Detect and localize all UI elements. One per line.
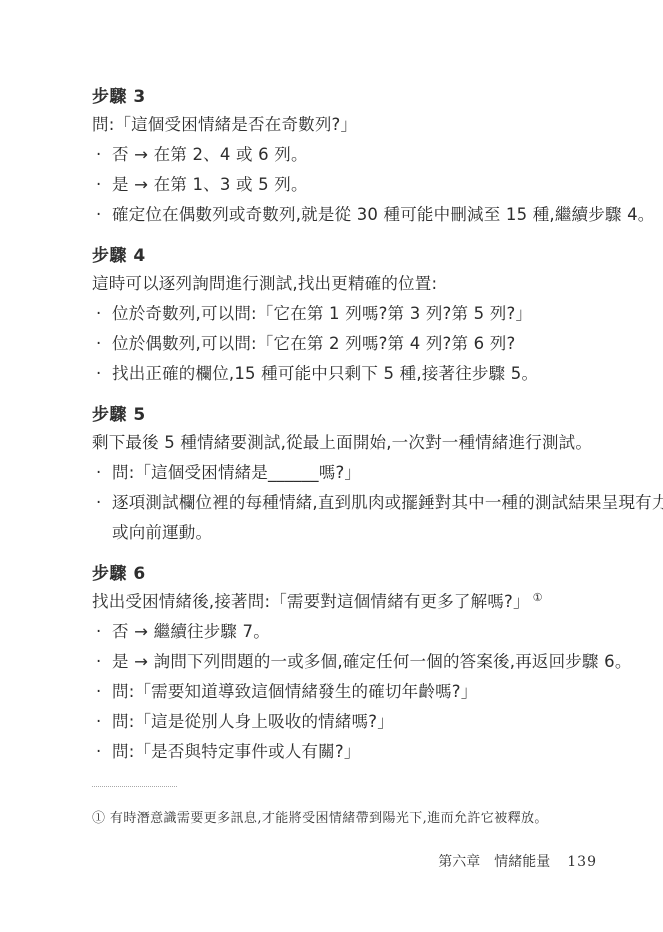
step-heading: 步驟 4 [92, 243, 617, 269]
bullet-text: 否 → 在第 2、4 或 6 列。 [112, 145, 308, 164]
bullet-item: ·位於奇數列,可以問:「它在第 1 列嗎?第 3 列?第 5 列?」 [92, 299, 617, 329]
bullet-dot: · [96, 458, 101, 488]
bullet-dot: · [96, 329, 101, 359]
footnote-reference-mark: ① [533, 591, 543, 604]
bullet-dot: · [96, 170, 101, 200]
bullet-item: ·否 → 在第 2、4 或 6 列。 [92, 140, 617, 170]
bullet-item: ·位於偶數列,可以問:「它在第 2 列嗎?第 4 列?第 6 列? [92, 329, 617, 359]
bullet-dot: · [96, 299, 101, 329]
bullet-dot: · [96, 359, 101, 389]
bullet-text: 逐項測試欄位裡的每種情緒,直到肌肉或擺錘對其中一種的測試結果呈現有力 [112, 493, 663, 512]
step-heading: 步驟 3 [92, 84, 617, 110]
section-step-4: 步驟 4 這時可以逐列詢問進行測試,找出更精確的位置: ·位於奇數列,可以問:「… [92, 243, 617, 389]
bullet-item: ·問:「需要知道導致這個情緒發生的確切年齡嗎?」 [92, 677, 617, 707]
step-intro: 這時可以逐列詢問進行測試,找出更精確的位置: [92, 269, 617, 299]
step-intro: 問:「這個受困情緒是否在奇數列?」 [92, 110, 617, 140]
section-step-3: 步驟 3 問:「這個受困情緒是否在奇數列?」 ·否 → 在第 2、4 或 6 列… [92, 84, 617, 230]
bullet-dot: · [96, 737, 101, 767]
bullet-text: 是 → 在第 1、3 或 5 列。 [112, 175, 308, 194]
bullet-item: ·問:「是否與特定事件或人有關?」 [92, 737, 617, 767]
step-heading: 步驟 5 [92, 402, 617, 428]
bullet-text: 確定位在偶數列或奇數列,就是從 30 種可能中刪減至 15 種,繼續步驟 4。 [112, 205, 655, 224]
bullet-dot: · [96, 200, 101, 230]
bullet-item: ·否 → 繼續往步驟 7。 [92, 617, 617, 647]
bullet-text: 位於偶數列,可以問:「它在第 2 列嗎?第 4 列?第 6 列? [112, 334, 515, 353]
bullet-item: ·問:「這個受困情緒是______嗎?」 [92, 458, 617, 488]
step-intro: 找出受困情緒後,接著問:「需要對這個情緒有更多了解嗎?」① [92, 587, 617, 617]
bullet-text: 否 → 繼續往步驟 7。 [112, 622, 270, 641]
bullet-dot: · [96, 488, 101, 518]
bullet-item: ·確定位在偶數列或奇數列,就是從 30 種可能中刪減至 15 種,繼續步驟 4。 [92, 200, 617, 230]
bullet-text: 問:「這是從別人身上吸收的情緒嗎?」 [112, 712, 394, 731]
bullet-item: ·是 → 在第 1、3 或 5 列。 [92, 170, 617, 200]
section-step-6: 步驟 6 找出受困情緒後,接著問:「需要對這個情緒有更多了解嗎?」① ·否 → … [92, 561, 617, 767]
bullet-dot: · [96, 647, 101, 677]
bullet-item: ·是 → 詢問下列問題的一或多個,確定任何一個的答案後,再返回步驟 6。 [92, 647, 617, 677]
bullet-dot: · [96, 617, 101, 647]
chapter-title: 第六章 情緒能量 [438, 854, 550, 870]
bullet-dot: · [96, 140, 101, 170]
bullet-item: ·問:「這是從別人身上吸收的情緒嗎?」 [92, 707, 617, 737]
bullet-item-wrapped: ·逐項測試欄位裡的每種情緒,直到肌肉或擺錘對其中一種的測試結果呈現有力或向前運動… [92, 488, 617, 548]
bullet-text: 問:「是否與特定事件或人有關?」 [112, 742, 361, 761]
step-heading: 步驟 6 [92, 561, 617, 587]
step-intro: 剩下最後 5 種情緒要測試,從最上面開始,一次對一種情緒進行測試。 [92, 428, 617, 458]
book-page: 步驟 3 問:「這個受困情緒是否在奇數列?」 ·否 → 在第 2、4 或 6 列… [0, 0, 663, 932]
footnote-text: ① 有時潛意識需要更多訊息,才能將受困情緒帶到陽光下,進而允許它被釋放。 [92, 809, 548, 829]
page-number: 139 [567, 854, 597, 870]
bullet-dot: · [96, 707, 101, 737]
page-content: 步驟 3 問:「這個受困情緒是否在奇數列?」 ·否 → 在第 2、4 或 6 列… [92, 84, 617, 780]
bullet-text: 問:「需要知道導致這個情緒發生的確切年齡嗎?」 [112, 682, 477, 701]
bullet-item: ·找出正確的欄位,15 種可能中只剩下 5 種,接著往步驟 5。 [92, 359, 617, 389]
bullet-dot: · [96, 677, 101, 707]
bullet-text: 問:「這個受困情緒是______嗎?」 [112, 463, 361, 482]
bullet-text: 找出正確的欄位,15 種可能中只剩下 5 種,接著往步驟 5。 [112, 364, 538, 383]
bullet-text: 位於奇數列,可以問:「它在第 1 列嗎?第 3 列?第 5 列?」 [112, 304, 532, 323]
section-step-5: 步驟 5 剩下最後 5 種情緒要測試,從最上面開始,一次對一種情緒進行測試。 ·… [92, 402, 617, 548]
bullet-text-continuation: 或向前運動。 [112, 523, 212, 542]
page-footer: 第六章 情緒能量139 [438, 851, 597, 871]
bullet-text: 是 → 詢問下列問題的一或多個,確定任何一個的答案後,再返回步驟 6。 [112, 652, 632, 671]
step-intro-text: 找出受困情緒後,接著問:「需要對這個情緒有更多了解嗎?」 [92, 592, 530, 611]
footnote-separator [92, 786, 177, 787]
